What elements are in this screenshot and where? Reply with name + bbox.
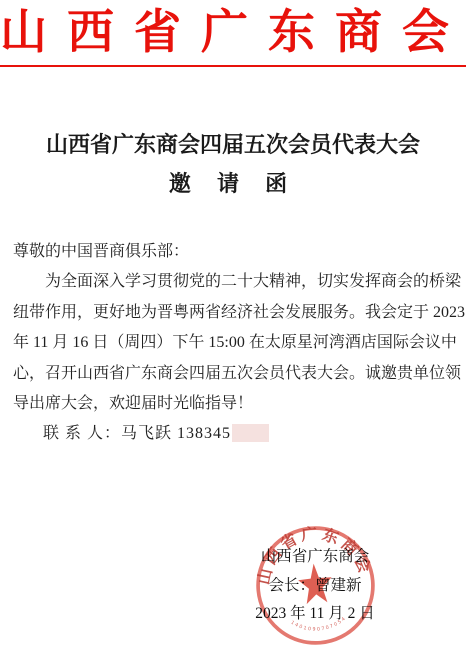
body-line: 心，召开山西省广东商会四届五次会员代表大会。诚邀贵单位领 bbox=[13, 359, 461, 389]
official-seal: 山西省广东商会 1401090707054 bbox=[254, 524, 377, 647]
seal-serial-number: 1401090707054 bbox=[289, 615, 349, 635]
document-subtitle: 邀 请 函 bbox=[0, 167, 466, 198]
body-line: 纽带作用，更好地为晋粤两省经济社会发展服务。我会定于 2023 bbox=[13, 298, 461, 328]
letterhead-rule bbox=[0, 65, 466, 67]
body-line: 导出席大会，欢迎届时光临指导！ bbox=[13, 389, 461, 419]
body-line: 为全面深入学习贯彻党的二十大精神，切实发挥商会的桥梁 bbox=[13, 267, 461, 297]
salutation: 尊敬的中国晋商俱乐部： bbox=[13, 237, 461, 267]
document-title: 山西省广东商会四届五次会员代表大会 bbox=[0, 128, 466, 159]
letter-page: 山西省广东商会 山西省广东商会四届五次会员代表大会 邀 请 函 尊敬的中国晋商俱… bbox=[0, 0, 466, 651]
contact-label: 联 系 人：马飞跃 bbox=[43, 425, 172, 442]
contact-line: 联 系 人：马飞跃 138345 bbox=[13, 419, 461, 449]
letter-body: 尊敬的中国晋商俱乐部： 为全面深入学习贯彻党的二十大精神，切实发挥商会的桥梁 纽… bbox=[13, 237, 461, 450]
seal-star-icon bbox=[297, 562, 334, 605]
letterhead-org-name: 山西省广东商会 bbox=[0, 5, 466, 61]
phone-redaction-box bbox=[232, 424, 269, 442]
contact-phone-visible: 138345 bbox=[177, 425, 231, 442]
body-line: 年 11 月 16 日（周四）下午 15:00 在太原星河湾酒店国际会议中 bbox=[13, 328, 461, 358]
seal-serial-holder: 1401090707054 bbox=[289, 615, 349, 635]
